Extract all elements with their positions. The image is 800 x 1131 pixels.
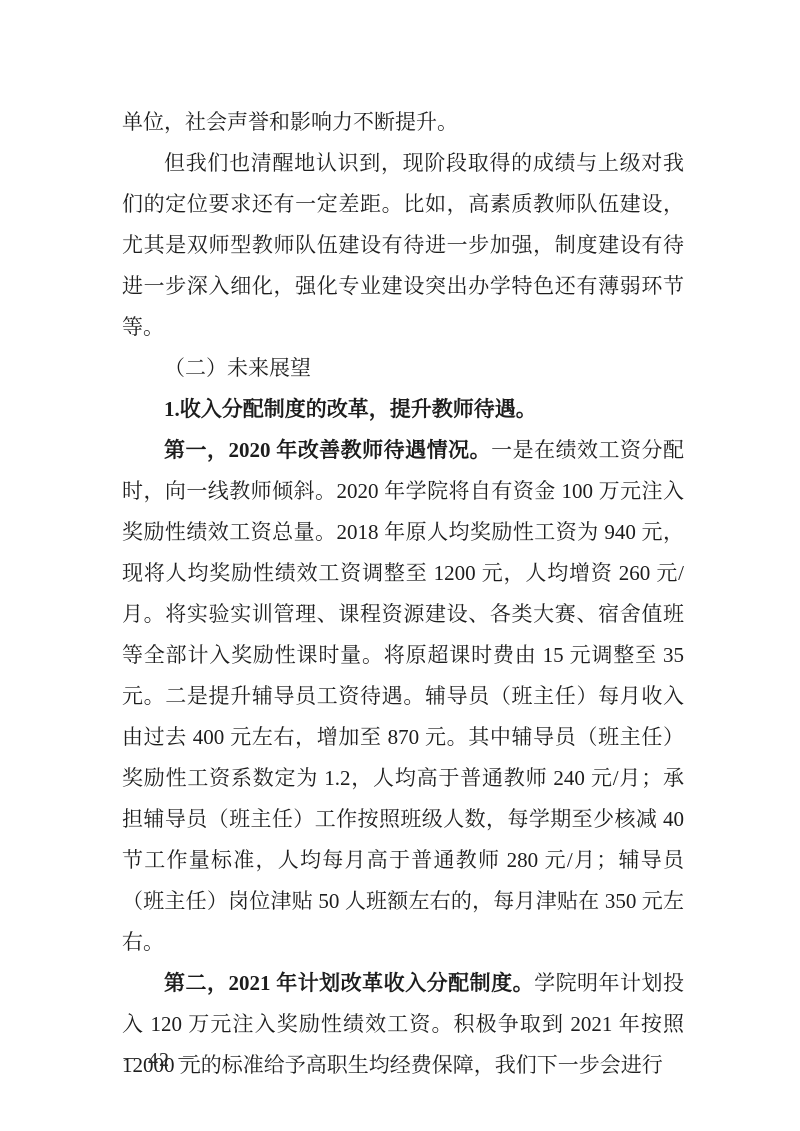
paragraph-text: 单位，社会声誉和影响力不断提升。 [122,110,458,134]
section-heading-text: （二）未来展望 [164,356,311,380]
page-number: － 42 － [121,1046,197,1074]
paragraph-text: 一是在绩效工资分配时，向一线教师倾斜。2020 年学院将自有资金 100 万元注… [122,438,684,954]
paragraph-text: 但我们也清醒地认识到，现阶段取得的成绩与上级对我们的定位要求还有一定差距。比如，… [122,151,684,339]
document-page: 单位，社会声誉和影响力不断提升。 但我们也清醒地认识到，现阶段取得的成绩与上级对… [0,0,800,1131]
paragraph-second-point: 第二，2021 年计划改革收入分配制度。学院明年计划投入 120 万元注入奖励性… [122,963,684,1086]
paragraph-first-point: 第一，2020 年改善教师待遇情况。一是在绩效工资分配时，向一线教师倾斜。202… [122,430,684,963]
paragraph-lead-bold: 第二，2021 年计划改革收入分配制度。 [164,971,534,995]
subsection-heading-text: 1.收入分配制度的改革，提升教师待遇。 [164,397,537,421]
section-heading: （二）未来展望 [122,348,684,389]
paragraph-continuation: 单位，社会声誉和影响力不断提升。 [122,102,684,143]
paragraph-lead-bold: 第一，2020 年改善教师待遇情况。 [164,438,491,462]
paragraph-current-gaps: 但我们也清醒地认识到，现阶段取得的成绩与上级对我们的定位要求还有一定差距。比如，… [122,143,684,348]
subsection-heading: 1.收入分配制度的改革，提升教师待遇。 [122,389,684,430]
document-body: 单位，社会声誉和影响力不断提升。 但我们也清醒地认识到，现阶段取得的成绩与上级对… [122,102,684,1086]
page-number-text: － 42 － [121,1049,197,1071]
